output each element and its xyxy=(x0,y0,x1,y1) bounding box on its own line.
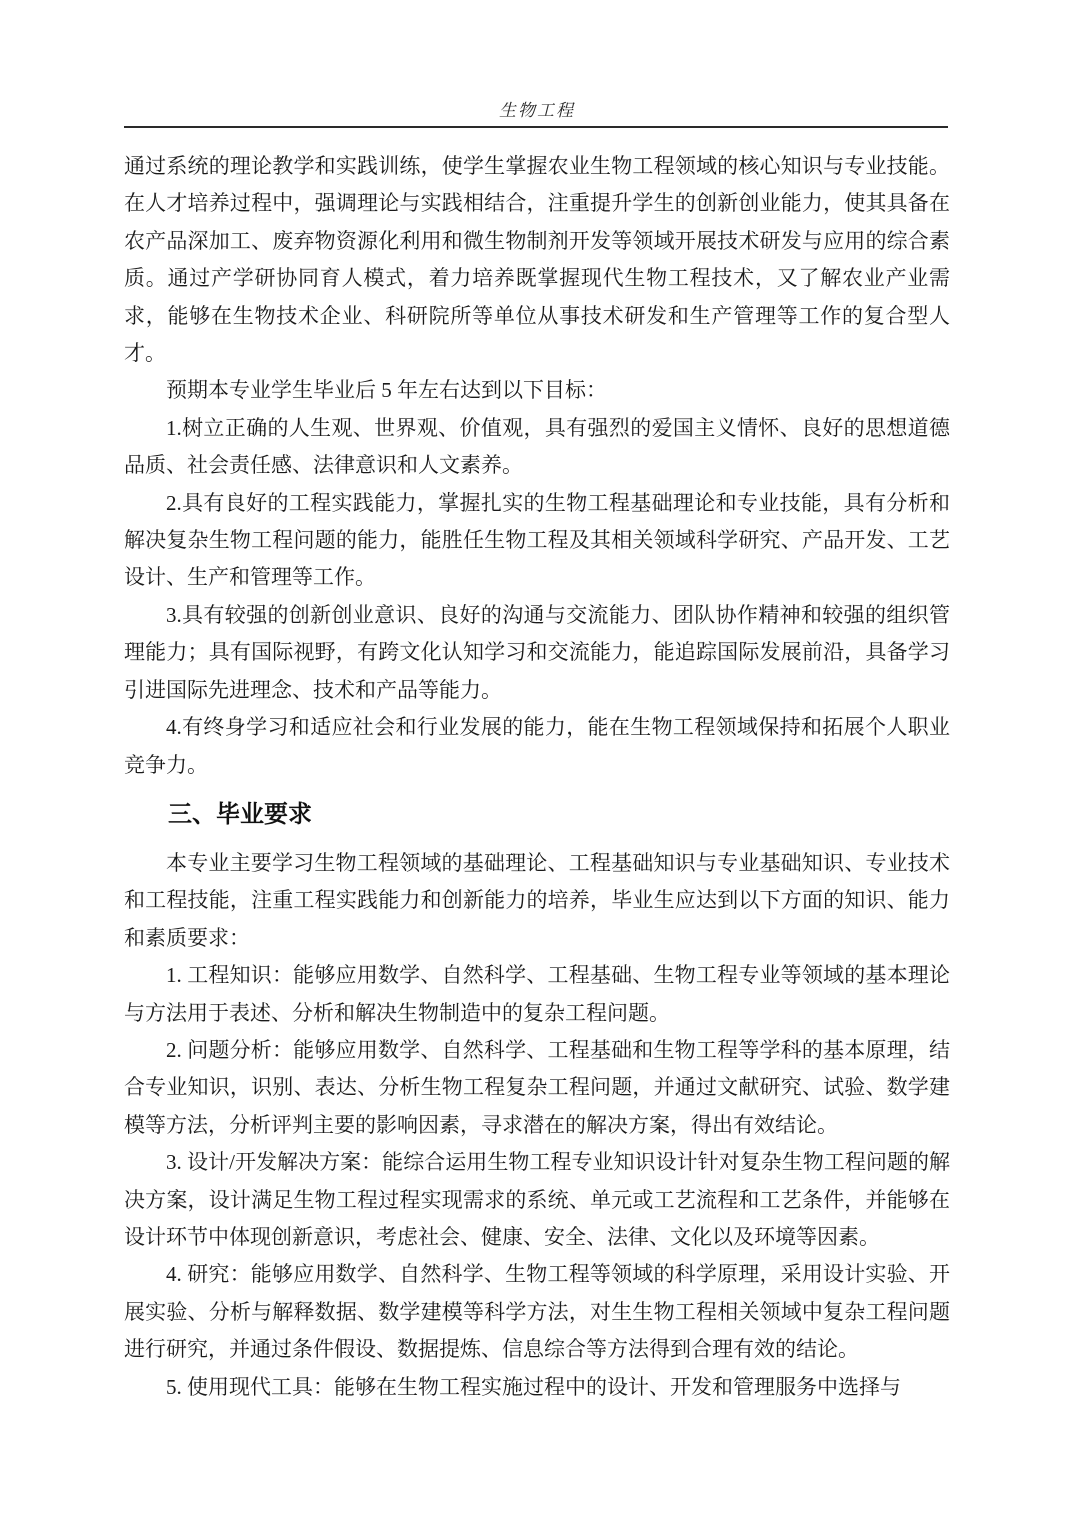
page-header-title: 生物工程 xyxy=(124,96,950,121)
paragraph: 预期本专业学生毕业后 5 年左右达到以下目标： xyxy=(124,372,950,409)
paragraph: 通过系统的理论教学和实践训练，使学生掌握农业生物工程领域的核心知识与专业技能。在… xyxy=(124,148,950,372)
paragraph: 本专业主要学习生物工程领域的基础理论、工程基础知识与专业基础知识、专业技术和工程… xyxy=(124,845,950,957)
paragraph: 4.有终身学习和适应社会和行业发展的能力，能在生物工程领域保持和拓展个人职业竞争… xyxy=(124,709,950,784)
paragraph: 2.具有良好的工程实践能力，掌握扎实的生物工程基础理论和专业技能，具有分析和解决… xyxy=(124,485,950,597)
paragraph: 3.具有较强的创新创业意识、良好的沟通与交流能力、团队协作精神和较强的组织管理能… xyxy=(124,597,950,709)
document-body: 通过系统的理论教学和实践训练，使学生掌握农业生物工程领域的核心知识与专业技能。在… xyxy=(124,148,950,1406)
section-heading: 三、毕业要求 xyxy=(124,797,950,833)
paragraph: 1.树立正确的人生观、世界观、价值观，具有强烈的爱国主义情怀、良好的思想道德品质… xyxy=(124,410,950,485)
paragraph: 2. 问题分析：能够应用数学、自然科学、工程基础和生物工程等学科的基本原理，结合… xyxy=(124,1032,950,1144)
document-page: 生物工程 通过系统的理论教学和实践训练，使学生掌握农业生物工程领域的核心知识与专… xyxy=(0,0,1074,1520)
paragraph: 1. 工程知识：能够应用数学、自然科学、工程基础、生物工程专业等领域的基本理论与… xyxy=(124,957,950,1032)
paragraph: 4. 研究：能够应用数学、自然科学、生物工程等领域的科学原理，采用设计实验、开展… xyxy=(124,1256,950,1368)
paragraph: 5. 使用现代工具：能够在生物工程实施过程中的设计、开发和管理服务中选择与 xyxy=(124,1369,950,1406)
paragraph: 3. 设计/开发解决方案：能综合运用生物工程专业知识设计针对复杂生物工程问题的解… xyxy=(124,1144,950,1256)
header-rule xyxy=(124,126,948,128)
